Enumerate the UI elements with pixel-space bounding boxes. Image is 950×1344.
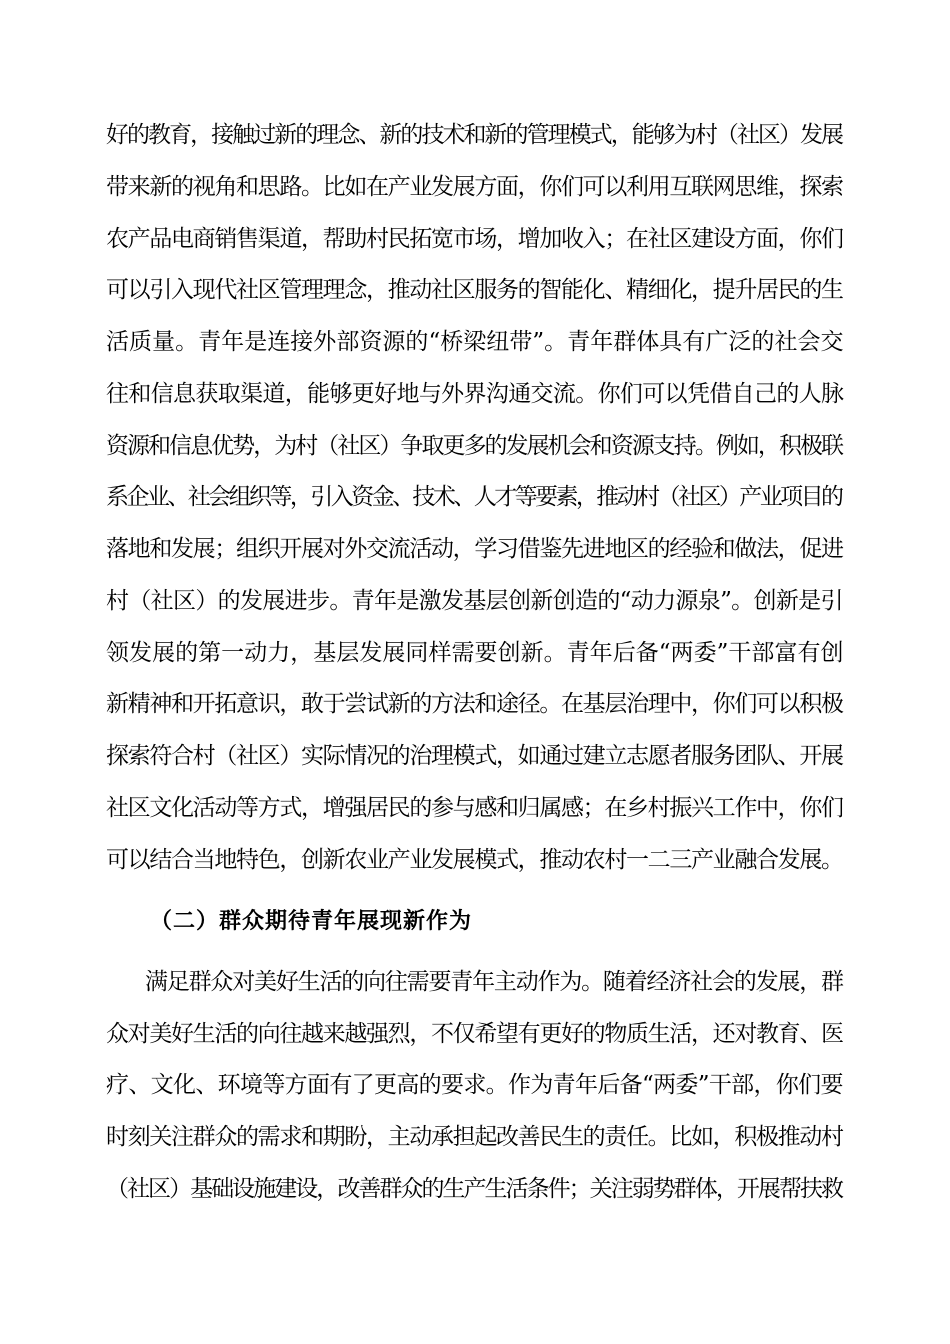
document-page: 好的教育，接触过新的理念、新的技术和新的管理模式，能够为村（社区）发展 带来新的… — [0, 0, 950, 1344]
paragraph-line: 领发展的第一动力，基层发展同样需要创新。青年后备“两委”干部富有创 — [106, 638, 844, 668]
paragraph-line: （社区）基础设施建设，改善群众的生产生活条件；关注弱势群体，开展帮扶救 — [106, 1174, 844, 1204]
paragraph-line: 活质量。青年是连接外部资源的“桥梁纽带”。青年群体具有广泛的社会交 — [106, 327, 844, 357]
paragraph-line: 众对美好生活的向往越来越强烈，不仅希望有更好的物质生活，还对教育、医 — [106, 1019, 844, 1049]
paragraph-line: 往和信息获取渠道，能够更好地与外界沟通交流。你们可以凭借自己的人脉 — [106, 379, 844, 409]
paragraph-line: 时刻关注群众的需求和期盼，主动承担起改善民生的责任。比如，积极推动村 — [106, 1122, 844, 1152]
paragraph-line: 系企业、社会组织等，引入资金、技术、人才等要素，推动村（社区）产业项目的 — [106, 482, 844, 512]
paragraph-line: 落地和发展；组织开展对外交流活动，学习借鉴先进地区的经验和做法，促进 — [106, 534, 844, 564]
paragraph-line: 资源和信息优势，为村（社区）争取更多的发展机会和资源支持。例如，积极联 — [106, 431, 844, 461]
section-heading: （二）群众期待青年展现新作为 — [150, 906, 472, 938]
paragraph-line: 新精神和开拓意识，敢于尝试新的方法和途径。在基层治理中，你们可以积极 — [106, 689, 844, 719]
paragraph-line: 带来新的视角和思路。比如在产业发展方面，你们可以利用互联网思维，探索 — [106, 172, 844, 202]
paragraph-line: 好的教育，接触过新的理念、新的技术和新的管理模式，能够为村（社区）发展 — [106, 120, 844, 150]
paragraph-line: 疗、文化、环境等方面有了更高的要求。作为青年后备“两委”干部，你们要 — [106, 1070, 844, 1100]
paragraph-line: 农产品电商销售渠道，帮助村民拓宽市场，增加收入；在社区建设方面，你们 — [106, 224, 844, 254]
paragraph-line: 可以引入现代社区管理理念，推动社区服务的智能化、精细化，提升居民的生 — [106, 275, 844, 305]
paragraph-line: 村（社区）的发展进步。青年是激发基层创新创造的“动力源泉”。创新是引 — [106, 586, 844, 616]
paragraph-line: 探索符合村（社区）实际情况的治理模式，如通过建立志愿者服务团队、开展 — [106, 741, 844, 771]
paragraph-line: 社区文化活动等方式，增强居民的参与感和归属感；在乡村振兴工作中，你们 — [106, 793, 844, 823]
paragraph-line: 可以结合当地特色，创新农业产业发展模式，推动农村一二三产业融合发展。 — [106, 845, 844, 875]
paragraph-line: 满足群众对美好生活的向往需要青年主动作为。随着经济社会的发展，群 — [145, 967, 844, 997]
